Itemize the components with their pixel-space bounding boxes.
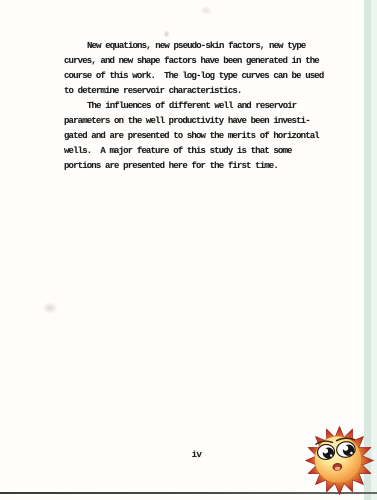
scanned-document-page: New equations, new pseudo-skin factors, … xyxy=(0,0,377,500)
text-line: The influences of different well and res… xyxy=(64,99,323,114)
sun-sticker-icon xyxy=(304,425,375,496)
scan-smudge xyxy=(199,5,213,16)
scan-smudge xyxy=(163,30,170,38)
text-line: curves, and new shape factors have been … xyxy=(64,54,323,69)
text-line: course of this work. The log-log type cu… xyxy=(64,69,323,84)
scan-smudge xyxy=(41,301,59,315)
text-line: to determine reservoir characteristics. xyxy=(64,84,323,99)
text-line: parameters on the well productivity have… xyxy=(64,114,323,129)
text-line: portions are presented here for the firs… xyxy=(64,159,323,174)
text-line: New equations, new pseudo-skin factors, … xyxy=(64,39,323,54)
text-line: wells. A major feature of this study is … xyxy=(64,144,323,159)
text-line: gated and are presented to show the meri… xyxy=(64,129,323,144)
text-block: New equations, new pseudo-skin factors, … xyxy=(64,39,323,174)
